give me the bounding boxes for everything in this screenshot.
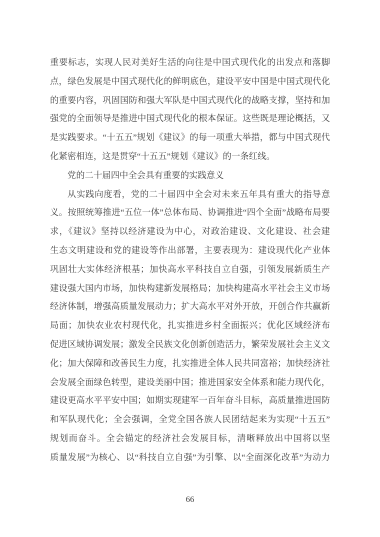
body-text: 重要标志，实现人民对美好生活的向往是中国式现代化的出发点和落脚 点，绿色发展是中… <box>50 53 330 467</box>
page-number: 66 <box>0 494 380 504</box>
body-line: 建设更高水平平安中国；如期实现建军一百年奋斗目标，高质量推进国防 <box>50 391 330 410</box>
body-line: 和军队现代化；全会强调，全党全国各族人民团结起来为实现“十五五” <box>50 410 330 429</box>
body-line: 强党的全面领导是推进中国式现代化的根本保证。这些既是理论概括，又 <box>50 109 330 128</box>
body-line: 局面；加快农业农村现代化，扎实推进乡村全面振兴；优化区域经济布局， <box>50 316 330 335</box>
body-line: 化紧密相连，这是贯穿“十五五”规划《建议》的一条红线。 <box>50 147 330 166</box>
body-line: 是实践要求。“十五五”规划《建议》的每一项重大举措，都与中国式现代 <box>50 128 330 147</box>
body-line: 的重要内容，巩固国防和强大军队是中国式现代化的战略支撑，坚持和加 <box>50 91 330 110</box>
body-line: 从实践向度看，党的二十届四中全会对未来五年具有重大的指导意 <box>50 185 330 204</box>
document-page: 重要标志，实现人民对美好生活的向往是中国式现代化的出发点和落脚 点，绿色发展是中… <box>0 0 380 537</box>
body-line: 化；加大保障和改善民生力度，扎实推进全体人民共同富裕；加快经济社 <box>50 354 330 373</box>
body-line: 巩固壮大实体经济根基；加快高水平科技自立自强，引领发展新质生产力； <box>50 260 330 279</box>
body-line: 重要标志，实现人民对美好生活的向往是中国式现代化的出发点和落脚 <box>50 53 330 72</box>
body-line: 促进区域协调发展；激发全民族文化创新创造活力，繁荣发展社会主义文 <box>50 335 330 354</box>
body-line: 点，绿色发展是中国式现代化的鲜明底色，建设平安中国是中国式现代化 <box>50 72 330 91</box>
body-line: 求，《建议》坚持以经济建设为中心，对政治建设、文化建设、社会建设、 <box>50 222 330 241</box>
body-line: 质量发展”为核心、以“科技自立自强”为引擎、以“全面深化改革”为动力 <box>50 448 330 467</box>
body-line: 规划而奋斗。全会锚定的经济社会发展目标，清晰释放出中国将以坚持“高 <box>50 429 330 448</box>
body-line: 建设强大国内市场，加快构建新发展格局；加快构建高水平社会主义市场 <box>50 279 330 298</box>
body-line: 经济体制，增强高质量发展动力；扩大高水平对外开放，开创合作共赢新 <box>50 297 330 316</box>
body-line: 生态文明建设和党的建设等作出部署，主要表现为：建设现代化产业体系， <box>50 241 330 260</box>
section-heading: 党的二十届四中全会具有重要的实践意义 <box>50 166 330 185</box>
body-line: 义。按照统筹推进“五位一体”总体布局、协调推进“四个全面”战略布局要 <box>50 203 330 222</box>
body-line: 会发展全面绿色转型，建设美丽中国；推进国家安全体系和能力现代化， <box>50 373 330 392</box>
